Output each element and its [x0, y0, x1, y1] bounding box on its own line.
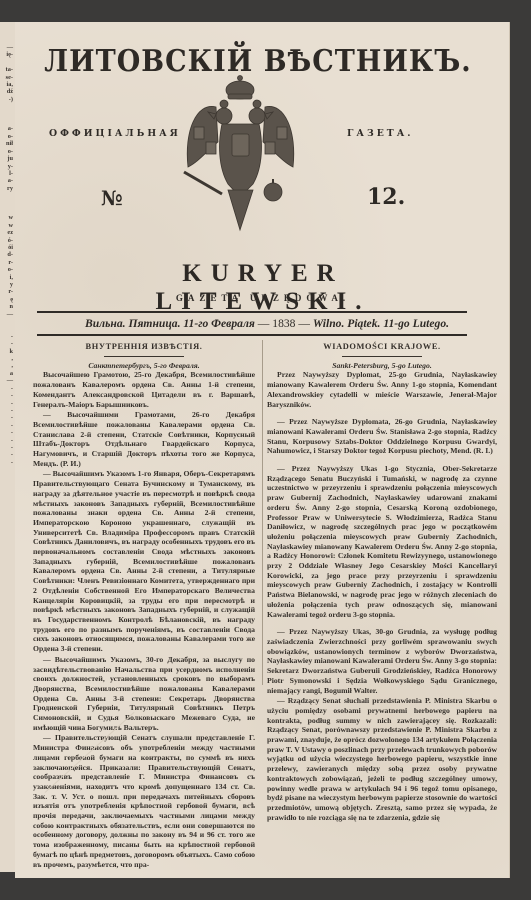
previous-page-text-fragment [0, 59, 15, 66]
heading-rule [104, 356, 184, 357]
previous-page-text-fragment [0, 118, 15, 125]
previous-page-text-fragment: dź [0, 88, 15, 95]
previous-page-text-fragment: y [0, 281, 15, 288]
official-label: ОФФИЦІАЛЬНАЯ [49, 128, 181, 139]
previous-page-text-fragment: — [0, 311, 15, 318]
previous-page-text-fragment: - [0, 437, 15, 444]
article-paragraph: — Высочайшими Грамотами, 26-го Декабря В… [33, 410, 255, 468]
previous-page-text-fragment: ię- [0, 51, 15, 58]
previous-page-text-fragment: - [0, 414, 15, 421]
dateline-bottom-rule [37, 334, 467, 336]
double-headed-eagle-icon [178, 72, 303, 232]
masthead-title-polish: KURYER LITEWSKI. [73, 260, 453, 316]
previous-page-text-fragment: i, [0, 274, 15, 281]
left-column-dateline: Санктпетербургъ, 5-го Февраля. [33, 361, 255, 371]
dateline: Вильна. Пятница. 11-го Февраля — 1838 — … [47, 317, 487, 330]
previous-page-text-fragment: - [0, 422, 15, 429]
previous-page-text-fragment: - [0, 385, 15, 392]
previous-page-text-fragment: ę [0, 296, 15, 303]
issue-number-value: 12. [367, 184, 405, 210]
right-column-dateline: Sankt-Petersburg, 5-go Lutego. [267, 361, 497, 371]
left-column-russian: ВНУТРЕННІЯ ИЗВѢСТІЯ. Санктпетербургъ, 5-… [33, 340, 255, 870]
previous-page-text-fragment: - [0, 400, 15, 407]
previous-page-text-fragment: l- [0, 170, 15, 177]
previous-page-text-fragment: d- [0, 251, 15, 258]
previous-page-text-fragment: - [0, 407, 15, 414]
previous-page-text-fragment: o- [0, 266, 15, 273]
previous-page-text-fragment: y- [0, 163, 15, 170]
previous-page-text-fragment: - [0, 392, 15, 399]
dateline-ru-date: 11-го Февраля [183, 317, 255, 330]
dateline-ru-place-day: Вильна. Пятница. [85, 317, 181, 330]
previous-page-text-fragment: - [0, 459, 15, 466]
article-paragraph: Высочайшею Грамотою, 25-го Декабря, Всем… [33, 370, 255, 409]
previous-page-text-fragment: k [0, 348, 15, 355]
dateline-pl-place-day: Wilno. Piątek. [313, 317, 381, 330]
article-paragraph: — Przez Naywyższy Ukas, 30-go Grudnia, z… [267, 627, 497, 695]
previous-page-text-fragment: w [0, 222, 15, 229]
masthead-subtitle-polish: GAZETA URZĘDOWA. [73, 293, 453, 303]
previous-page-text-fragment: r- [0, 259, 15, 266]
previous-page-text-fragment: — [0, 44, 15, 51]
previous-page-text-fragment: - [0, 340, 15, 347]
previous-page-text-fragment [0, 207, 15, 214]
previous-page-text-fragment: r- [0, 288, 15, 295]
previous-page-text-fragment: a [0, 370, 15, 377]
right-column-polish: WIADOMOŚCI KRAJOWE. Sankt-Petersburg, 5-… [267, 340, 497, 823]
previous-page-text-fragment [0, 103, 15, 110]
previous-page-text-fragment: ry [0, 185, 15, 192]
previous-page-text-fragment [0, 192, 15, 199]
right-column-heading: WIADOMOŚCI KRAJOWE. [267, 342, 497, 352]
article-paragraph: — Высочайшимъ Указомъ, 30-го Декабря, за… [33, 655, 255, 733]
column-divider [262, 340, 263, 685]
previous-page-text-fragment: ez [0, 229, 15, 236]
issue-number-label: № [101, 186, 123, 210]
previous-page-text-fragment: , [0, 355, 15, 362]
previous-page-edge: —ię- ta-se-ia,dź-) a-o-niło-juy-l-a-ry w… [0, 22, 16, 872]
previous-page-text-fragment: ói [0, 244, 15, 251]
previous-page-text-fragment: - [0, 333, 15, 340]
previous-page-text-fragment: - [0, 451, 15, 458]
article-paragraph: — Rządzący Senat słuchali przedstawienia… [267, 696, 497, 822]
previous-page-text-fragment: , [0, 362, 15, 369]
article-paragraph: — Przez Naywyższe Dyplomata, 26-go Grudn… [267, 417, 497, 456]
dateline-top-rule [37, 311, 467, 313]
previous-page-text-fragment [0, 318, 15, 325]
left-column-heading: ВНУТРЕННІЯ ИЗВѢСТІЯ. [33, 342, 255, 352]
previous-page-text-fragment: o- [0, 148, 15, 155]
dateline-year: — 1838 — [258, 317, 310, 330]
dateline-pl-date: 11-go Lutego. [383, 317, 449, 330]
gazette-label: ГАЗЕТА. [347, 128, 414, 139]
previous-page-text-fragment: ta- [0, 66, 15, 73]
previous-page-text-fragment: nił [0, 140, 15, 147]
previous-page-text-fragment [0, 111, 15, 118]
previous-page-text-fragment: - [0, 429, 15, 436]
previous-page-text-fragment: - [0, 444, 15, 451]
previous-page-text-fragment: ia, [0, 81, 15, 88]
previous-page-text-fragment: o- [0, 133, 15, 140]
previous-page-text-fragment [0, 325, 15, 332]
previous-page-text-fragment: w [0, 214, 15, 221]
article-paragraph: Przez Naywyższy Dyplomat, 25-go Grudnia,… [267, 370, 497, 409]
article-paragraph: — Przez Naywyższy Ukas 1-go Stycznia, Ob… [267, 464, 497, 619]
previous-page-text-fragment: -) [0, 96, 15, 103]
previous-page-text-fragment [0, 200, 15, 207]
previous-page-text-fragment: ju [0, 155, 15, 162]
previous-page-text-fragment: a- [0, 177, 15, 184]
newspaper-page: ЛИТОВСКІЙ ВѢСТНИКЪ. ОФФИЦІАЛЬНАЯ ГАЗЕТА. [15, 22, 509, 878]
previous-page-text-fragment: n [0, 303, 15, 310]
heading-rule [342, 356, 422, 357]
article-paragraph: — Правительствующій Сенатъ слушали предс… [33, 733, 255, 869]
previous-page-text-fragment: se- [0, 74, 15, 81]
article-paragraph: — Высочайшимъ Указомъ 1-го Января, Оберъ… [33, 469, 255, 653]
previous-page-text-fragment: a- [0, 125, 15, 132]
previous-page-text-fragment: — [0, 377, 15, 384]
previous-page-text-fragment: ó- [0, 237, 15, 244]
